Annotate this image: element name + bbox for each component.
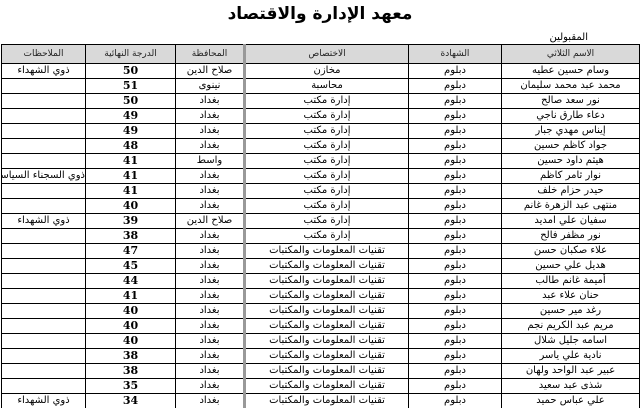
- cell-specialization: تقنيات المعلومات والمكتبات: [245, 379, 409, 394]
- table-row: رغد مير حسيندبلومتقنيات المعلومات والمكت…: [2, 304, 640, 319]
- table-row: مريم عبد الكريم نجمدبلومتقنيات المعلومات…: [2, 319, 640, 334]
- admitted-students-table: الاسم الثلاثي الشهادة الاختصاص المحافظة …: [1, 44, 640, 408]
- cell-certificate: دبلوم: [409, 199, 502, 214]
- table-row: محمد عبد محمد سليماندبلوممحاسبةنينوى51: [2, 79, 640, 94]
- cell-province: بغداد: [176, 319, 245, 334]
- cell-province: بغداد: [176, 184, 245, 199]
- cell-name: نوار ثامر كاظم: [502, 169, 640, 184]
- cell-province: بغداد: [176, 349, 245, 364]
- table-header-row: الاسم الثلاثي الشهادة الاختصاص المحافظة …: [2, 45, 640, 64]
- cell-name: نادية علي ياسر: [502, 349, 640, 364]
- cell-notes: [2, 259, 86, 274]
- cell-notes: [2, 304, 86, 319]
- cell-grade: 40: [86, 319, 176, 334]
- cell-specialization: إدارة مكتب: [245, 94, 409, 109]
- cell-province: بغداد: [176, 364, 245, 379]
- page-title: معهد الإدارة والاقتصاد: [0, 4, 640, 24]
- cell-name: شذى عبد سعيد: [502, 379, 640, 394]
- cell-notes: [2, 274, 86, 289]
- table-row: أميمة غانم طالبدبلومتقنيات المعلومات وال…: [2, 274, 640, 289]
- cell-grade: 41: [86, 289, 176, 304]
- cell-grade: 40: [86, 334, 176, 349]
- cell-certificate: دبلوم: [409, 229, 502, 244]
- cell-grade: 50: [86, 64, 176, 79]
- header-notes: الملاحظات: [2, 45, 86, 64]
- cell-specialization: إدارة مكتب: [245, 139, 409, 154]
- cell-province: بغداد: [176, 199, 245, 214]
- cell-specialization: إدارة مكتب: [245, 199, 409, 214]
- cell-name: سفيان علي امديد: [502, 214, 640, 229]
- cell-certificate: دبلوم: [409, 79, 502, 94]
- cell-grade: 49: [86, 124, 176, 139]
- cell-certificate: دبلوم: [409, 334, 502, 349]
- table-body: وسام حسين عطيهدبلوممخازنصلاح الدين50ذوي …: [2, 64, 640, 408]
- cell-grade: 44: [86, 274, 176, 289]
- cell-notes: [2, 364, 86, 379]
- table-row: نور سعد صالحدبلومإدارة مكتببغداد50: [2, 94, 640, 109]
- cell-grade: 51: [86, 79, 176, 94]
- cell-name: مريم عبد الكريم نجم: [502, 319, 640, 334]
- cell-certificate: دبلوم: [409, 319, 502, 334]
- cell-specialization: إدارة مكتب: [245, 184, 409, 199]
- cell-province: بغداد: [176, 244, 245, 259]
- cell-specialization: مخازن: [245, 64, 409, 79]
- table-row: حنان علاء عبددبلومتقنيات المعلومات والمك…: [2, 289, 640, 304]
- cell-name: دعاء طارق ناجي: [502, 109, 640, 124]
- cell-notes: [2, 379, 86, 394]
- cell-name: أميمة غانم طالب: [502, 274, 640, 289]
- cell-certificate: دبلوم: [409, 124, 502, 139]
- cell-notes: ذوي الشهداء: [2, 394, 86, 408]
- cell-province: واسط: [176, 154, 245, 169]
- cell-province: بغداد: [176, 259, 245, 274]
- cell-notes: [2, 289, 86, 304]
- cell-notes: [2, 349, 86, 364]
- cell-grade: 41: [86, 169, 176, 184]
- cell-notes: [2, 154, 86, 169]
- cell-certificate: دبلوم: [409, 169, 502, 184]
- cell-certificate: دبلوم: [409, 64, 502, 79]
- cell-notes: [2, 319, 86, 334]
- table-row: شذى عبد سعيددبلومتقنيات المعلومات والمكت…: [2, 379, 640, 394]
- cell-grade: 40: [86, 199, 176, 214]
- cell-certificate: دبلوم: [409, 364, 502, 379]
- cell-specialization: تقنيات المعلومات والمكتبات: [245, 319, 409, 334]
- cell-certificate: دبلوم: [409, 379, 502, 394]
- cell-province: صلاح الدين: [176, 214, 245, 229]
- header-specialization: الاختصاص: [245, 45, 409, 64]
- cell-specialization: إدارة مكتب: [245, 169, 409, 184]
- cell-name: حيدر حزام خلف: [502, 184, 640, 199]
- cell-certificate: دبلوم: [409, 259, 502, 274]
- cell-grade: 50: [86, 94, 176, 109]
- cell-name: علاء صكبان حسن: [502, 244, 640, 259]
- cell-notes: ذوي السجناء السياسيين: [2, 169, 86, 184]
- cell-grade: 35: [86, 379, 176, 394]
- cell-name: منتهى عبد الزهرة غانم: [502, 199, 640, 214]
- cell-certificate: دبلوم: [409, 154, 502, 169]
- table-row: علي عباس حميددبلومتقنيات المعلومات والمك…: [2, 394, 640, 408]
- cell-certificate: دبلوم: [409, 394, 502, 408]
- cell-province: نينوى: [176, 79, 245, 94]
- cell-province: بغداد: [176, 94, 245, 109]
- header-grade: الدرجة النهائية: [86, 45, 176, 64]
- cell-specialization: تقنيات المعلومات والمكتبات: [245, 289, 409, 304]
- table-row: سفيان علي امديددبلومإدارة مكتبصلاح الدين…: [2, 214, 640, 229]
- cell-specialization: إدارة مكتب: [245, 229, 409, 244]
- cell-grade: 34: [86, 394, 176, 408]
- cell-province: بغداد: [176, 289, 245, 304]
- cell-certificate: دبلوم: [409, 274, 502, 289]
- cell-certificate: دبلوم: [409, 109, 502, 124]
- cell-grade: 47: [86, 244, 176, 259]
- table-row: جواد كاظم حسيندبلومإدارة مكتببغداد48: [2, 139, 640, 154]
- cell-name: وسام حسين عطيه: [502, 64, 640, 79]
- table-row: هيثم داود حسيندبلومإدارة مكتبواسط41: [2, 154, 640, 169]
- cell-specialization: تقنيات المعلومات والمكتبات: [245, 349, 409, 364]
- cell-specialization: إدارة مكتب: [245, 214, 409, 229]
- table-caption: المقبولين: [549, 32, 588, 43]
- cell-specialization: تقنيات المعلومات والمكتبات: [245, 304, 409, 319]
- table-row: هديل علي حسيندبلومتقنيات المعلومات والمك…: [2, 259, 640, 274]
- cell-name: علي عباس حميد: [502, 394, 640, 408]
- cell-name: محمد عبد محمد سليمان: [502, 79, 640, 94]
- cell-certificate: دبلوم: [409, 94, 502, 109]
- cell-notes: [2, 229, 86, 244]
- cell-grade: 45: [86, 259, 176, 274]
- cell-specialization: إدارة مكتب: [245, 109, 409, 124]
- cell-grade: 41: [86, 154, 176, 169]
- cell-specialization: إدارة مكتب: [245, 124, 409, 139]
- table-row: منتهى عبد الزهرة غانمدبلومإدارة مكتببغدا…: [2, 199, 640, 214]
- table-row: إيناس مهدي جباردبلومإدارة مكتببغداد49: [2, 124, 640, 139]
- cell-notes: ذوي الشهداء: [2, 214, 86, 229]
- cell-certificate: دبلوم: [409, 349, 502, 364]
- table-row: دعاء طارق ناجيدبلومإدارة مكتببغداد49: [2, 109, 640, 124]
- cell-province: صلاح الدين: [176, 64, 245, 79]
- cell-name: نور سعد صالح: [502, 94, 640, 109]
- cell-notes: [2, 79, 86, 94]
- cell-specialization: تقنيات المعلومات والمكتبات: [245, 274, 409, 289]
- cell-notes: [2, 199, 86, 214]
- cell-certificate: دبلوم: [409, 244, 502, 259]
- cell-name: اسامه جليل شلال: [502, 334, 640, 349]
- cell-notes: [2, 124, 86, 139]
- cell-province: بغداد: [176, 394, 245, 408]
- cell-name: هديل علي حسين: [502, 259, 640, 274]
- cell-name: حنان علاء عبد: [502, 289, 640, 304]
- cell-name: هيثم داود حسين: [502, 154, 640, 169]
- cell-province: بغداد: [176, 334, 245, 349]
- table-row: نوار ثامر كاظمدبلومإدارة مكتببغداد41ذوي …: [2, 169, 640, 184]
- cell-certificate: دبلوم: [409, 214, 502, 229]
- table-row: حيدر حزام خلفدبلومإدارة مكتببغداد41: [2, 184, 640, 199]
- cell-province: بغداد: [176, 379, 245, 394]
- cell-specialization: تقنيات المعلومات والمكتبات: [245, 394, 409, 408]
- cell-name: جواد كاظم حسين: [502, 139, 640, 154]
- cell-province: بغداد: [176, 124, 245, 139]
- cell-grade: 38: [86, 349, 176, 364]
- cell-province: بغداد: [176, 169, 245, 184]
- cell-province: بغداد: [176, 139, 245, 154]
- cell-name: رغد مير حسين: [502, 304, 640, 319]
- cell-notes: [2, 334, 86, 349]
- table-row: اسامه جليل شلالدبلومتقنيات المعلومات وال…: [2, 334, 640, 349]
- cell-grade: 48: [86, 139, 176, 154]
- table-row: نور مظفر فالحدبلومإدارة مكتببغداد38: [2, 229, 640, 244]
- cell-name: إيناس مهدي جبار: [502, 124, 640, 139]
- cell-province: بغداد: [176, 229, 245, 244]
- cell-certificate: دبلوم: [409, 139, 502, 154]
- cell-specialization: تقنيات المعلومات والمكتبات: [245, 259, 409, 274]
- cell-name: عبير عبد الواحد ولهان: [502, 364, 640, 379]
- header-name: الاسم الثلاثي: [502, 45, 640, 64]
- cell-notes: ذوي الشهداء: [2, 64, 86, 79]
- cell-specialization: إدارة مكتب: [245, 154, 409, 169]
- cell-grade: 40: [86, 304, 176, 319]
- header-certificate: الشهادة: [409, 45, 502, 64]
- cell-notes: [2, 244, 86, 259]
- cell-notes: [2, 139, 86, 154]
- table-row: وسام حسين عطيهدبلوممخازنصلاح الدين50ذوي …: [2, 64, 640, 79]
- cell-province: بغداد: [176, 109, 245, 124]
- header-province: المحافظة: [176, 45, 245, 64]
- cell-specialization: محاسبة: [245, 79, 409, 94]
- cell-specialization: تقنيات المعلومات والمكتبات: [245, 244, 409, 259]
- cell-certificate: دبلوم: [409, 289, 502, 304]
- cell-notes: [2, 94, 86, 109]
- table-row: علاء صكبان حسندبلومتقنيات المعلومات والم…: [2, 244, 640, 259]
- cell-province: بغداد: [176, 304, 245, 319]
- table-row: عبير عبد الواحد ولهاندبلومتقنيات المعلوم…: [2, 364, 640, 379]
- cell-certificate: دبلوم: [409, 304, 502, 319]
- cell-notes: [2, 184, 86, 199]
- cell-grade: 49: [86, 109, 176, 124]
- cell-province: بغداد: [176, 274, 245, 289]
- cell-grade: 38: [86, 364, 176, 379]
- cell-specialization: تقنيات المعلومات والمكتبات: [245, 334, 409, 349]
- cell-grade: 39: [86, 214, 176, 229]
- cell-specialization: تقنيات المعلومات والمكتبات: [245, 364, 409, 379]
- cell-grade: 38: [86, 229, 176, 244]
- table-row: نادية علي ياسردبلومتقنيات المعلومات والم…: [2, 349, 640, 364]
- cell-grade: 41: [86, 184, 176, 199]
- cell-name: نور مظفر فالح: [502, 229, 640, 244]
- cell-notes: [2, 109, 86, 124]
- cell-certificate: دبلوم: [409, 184, 502, 199]
